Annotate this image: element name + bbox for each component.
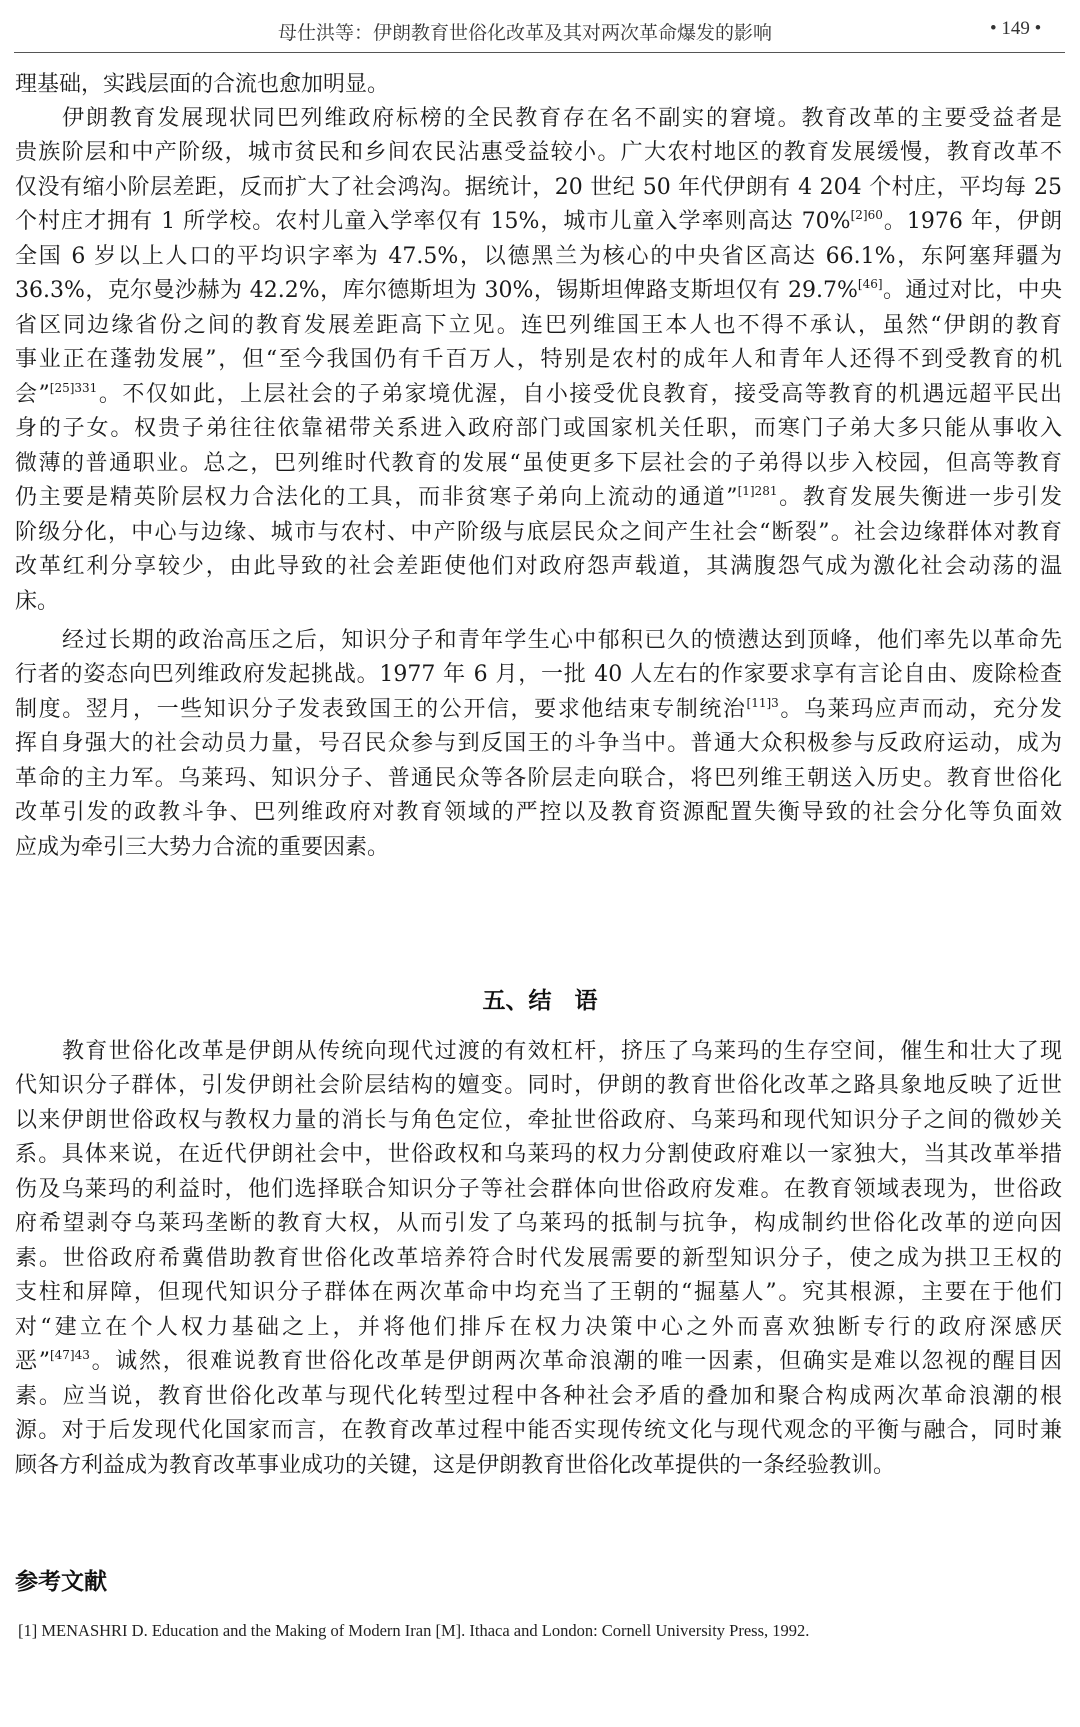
text-line: 改革引发的政教斗争、巴列维政府对教育领域的严控以及教育资源配置失衡导致的社会分化… [15, 798, 1062, 828]
text-line: 全国 6 岁以上人口的平均识字率为 47.5%，以德黑兰为核心的中央省区高达 6… [15, 242, 1062, 272]
text-line: 应成为牵引三大势力合流的重要因素。 [15, 833, 1062, 863]
text-line: 革命的主力军。乌莱玛、知识分子、普通民众等各阶层走向联合，将巴列维王朝送入历史。… [15, 764, 1062, 794]
text-line: 府希望剥夺乌莱玛垄断的教育大权，从而引发了乌莱玛的抵制与抗争，构成制约世俗化改革… [15, 1209, 1062, 1239]
citation-marker: [25]331 [50, 381, 98, 395]
text-line: 以来伊朗世俗政权与教权力量的消长与角色定位，牵扯世俗政府、乌莱玛和现代知识分子之… [15, 1106, 1062, 1136]
page-number: • 149 • [990, 18, 1041, 40]
text-line: 挥自身强大的社会动员力量，号召民众参与到反国王的斗争当中。普通大众积极参与反政府… [15, 729, 1062, 759]
text-line: 素。世俗政府希冀借助教育世俗化改革培养符合时代发展需要的新型知识分子，使之成为拱… [15, 1244, 1062, 1274]
text-line: 仍主要是精英阶层权力合法化的工具，而非贫寒子弟向上流动的通道”[1]281。教育… [15, 483, 1062, 513]
text-line: 身的子女。权贵子弟往往依靠裙带关系进入政府部门或国家机关任职，而寒门子弟大多只能… [15, 414, 1062, 444]
reference-item: [1] MENASHRI D. Education and the Making… [18, 1621, 809, 1641]
text-line: 理基础，实践层面的合流也愈加明显。 [15, 70, 1062, 100]
text-line: 恶”[47]43。诚然，很难说教育世俗化改革是伊朗两次革命浪潮的唯一因素，但确实… [15, 1347, 1062, 1377]
running-title: 母仕洪等：伊朗教育世俗化改革及其对两次革命爆发的影响 [0, 18, 1080, 45]
text-line: 对“建立在个人权力基础之上，并将他们排斥在权力决策中心之外而喜欢独断专行的政府深… [15, 1313, 1062, 1343]
text-line: 教育世俗化改革是伊朗从传统向现代过渡的有效杠杆，挤压了乌莱玛的生存空间，催生和壮… [62, 1037, 1062, 1067]
references-heading: 参考文献 [15, 1563, 107, 1596]
text-line: 会”[25]331。不仅如此，上层社会的子弟家境优渥，自小接受优良教育，接受高等… [15, 380, 1062, 410]
text-line: 仅没有缩小阶层差距，反而扩大了社会鸿沟。据统计，20 世纪 50 年代伊朗有 4… [15, 173, 1062, 203]
text-line: 源。对于后发现代化国家而言，在教育改革过程中能否实现传统文化与现代观念的平衡与融… [15, 1416, 1062, 1446]
text-line: 个村庄才拥有 1 所学校。农村儿童入学率仅有 15%，城市儿童入学率则高达 70… [15, 207, 1062, 237]
text-line: 伤及乌莱玛的利益时，他们选择联合知识分子等社会群体向世俗政府发难。在教育领域表现… [15, 1175, 1062, 1205]
citation-marker: [11]3 [747, 696, 779, 710]
text-line: 素。应当说，教育世俗化改革与现代化转型过程中各种社会矛盾的叠加和聚合构成两次革命… [15, 1382, 1062, 1412]
text-line: 事业正在蓬勃发展”，但“至今我国仍有千百万人，特别是农村的成年人和青年人还得不到… [15, 345, 1062, 375]
text-line: 支柱和屏障，但现代知识分子群体在两次革命中均充当了王朝的“掘墓人”。究其根源，主… [15, 1278, 1062, 1308]
text-line: 贵族阶层和中产阶级，城市贫民和乡间农民沾惠受益较小。广大农村地区的教育发展缓慢，… [15, 138, 1062, 168]
citation-marker: [47]43 [50, 1348, 90, 1362]
text-line: 代知识分子群体，引发伊朗社会阶层结构的嬗变。同时，伊朗的教育世俗化改革之路具象地… [15, 1071, 1062, 1101]
section-heading: 五、结 语 [0, 982, 1080, 1015]
citation-marker: [2]60 [851, 208, 883, 222]
header-divider [14, 52, 1065, 53]
citation-marker: [1]281 [738, 484, 778, 498]
text-line: 36.3%，克尔曼沙赫为 42.2%，库尔德斯坦为 30%，锡斯坦俾路支斯坦仅有… [15, 276, 1062, 306]
text-line: 改革红利分享较少，由此导致的社会差距使他们对政府怨声载道，其满腹怨气成为激化社会… [15, 552, 1062, 582]
text-line: 顾各方利益成为教育改革事业成功的关键，这是伊朗教育世俗化改革提供的一条经验教训。 [15, 1451, 1062, 1481]
text-line: 经过长期的政治高压之后，知识分子和青年学生心中郁积已久的愤懑达到顶峰，他们率先以… [62, 626, 1062, 656]
text-line: 系。具体来说，在近代伊朗社会中，世俗政权和乌莱玛的权力分割使政府难以一家独大，当… [15, 1140, 1062, 1170]
citation-marker: [46] [858, 277, 883, 291]
text-line: 省区同边缘省份之间的教育发展差距高下立见。连巴列维国王本人也不得不承认，虽然“伊… [15, 311, 1062, 341]
text-line: 行者的姿态向巴列维政府发起挑战。1977 年 6 月，一批 40 人左右的作家要… [15, 660, 1062, 690]
text-line: 伊朗教育发展现状同巴列维政府标榜的全民教育存在名不副实的窘境。教育改革的主要受益… [62, 104, 1062, 134]
text-line: 阶级分化，中心与边缘、城市与农村、中产阶级与底层民众之间产生社会“断裂”。社会边… [15, 518, 1062, 548]
text-line: 床。 [15, 587, 1062, 617]
text-line: 制度。翌月，一些知识分子发表致国王的公开信，要求他结束专制统治[11]3。乌莱玛… [15, 695, 1062, 725]
text-line: 微薄的普通职业。总之，巴列维时代教育的发展“虽使更多下层社会的子弟得以步入校园，… [15, 449, 1062, 479]
